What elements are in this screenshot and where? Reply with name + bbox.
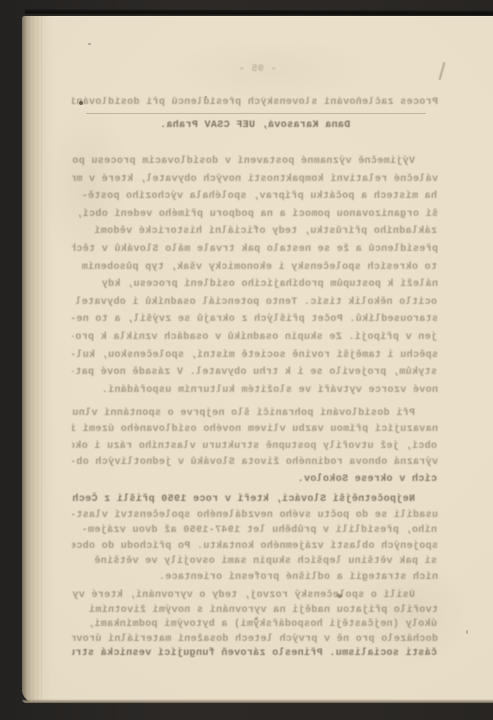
- ink-speck: [88, 43, 91, 45]
- text-line: výrazná obnova rodinného života Slováků …: [72, 455, 438, 471]
- text-line: spojených oblastí vzájemného kontaktu. P…: [72, 539, 438, 555]
- text-line: Výjimečně významné postavení v dosídlova…: [72, 153, 437, 171]
- text-line: usadili se do počtu svého nevzdáleného s…: [72, 508, 438, 524]
- page-bottom-edge: [22, 699, 493, 703]
- scanned-page: - 95 - Proces začleňování slovenských př…: [22, 16, 493, 703]
- author-line: Dana Karasová, ÚEF ČSAV Praha.: [72, 120, 438, 131]
- text-line: ha místech a počátku příprav, spoléhala …: [72, 188, 437, 206]
- text-line: jen v přípojí. Ze skupin osadníků v osad…: [72, 329, 437, 347]
- text-line: úkoly (nejčastěji hospodářskými) a bytov…: [72, 618, 437, 633]
- text-line: obcí, jež utvořily postupně strukturu vl…: [72, 439, 437, 455]
- text-line: ních strategií a odlišné profesní orient…: [72, 570, 438, 586]
- text-line: to okresích společensky i ekonomicky vša…: [72, 259, 437, 277]
- paragraph: Výjimečně významné postavení v dosídlova…: [72, 153, 438, 399]
- ink-speck: [79, 101, 83, 105]
- text-line: stykům, projevilo se i k trhu obyvatel. …: [72, 364, 437, 382]
- text-line: docházelo pro ně v prvých letech dosažen…: [72, 633, 438, 648]
- text-line: ního, přesídlili v průběhu let 1947-1950…: [72, 523, 437, 539]
- ink-speck: [337, 594, 342, 598]
- text-line: válečné relativní kompaktnosti nových ob…: [72, 171, 438, 189]
- ink-speck: [466, 630, 468, 634]
- text-line: navazující přímou vazbu vlivem nového os…: [72, 422, 438, 438]
- ink-speck: [205, 96, 207, 98]
- text-line: si pak většinu lepších skupin sami osvoj…: [72, 554, 437, 570]
- text-line: části socialismu. Přineslo zároveň fungu…: [72, 647, 437, 662]
- text-line: Při dosídlování pohraničí šlo nejprve o …: [72, 406, 437, 422]
- text-line: starousedlíků. Počet přišlých z okrajů s…: [72, 311, 438, 329]
- page-stack-edge: [22, 16, 54, 703]
- text-line: Úsilí o společenský rozvoj, tedy o vyrov…: [72, 589, 437, 604]
- text-line: přesídlenců a že se nestalo pak trvale m…: [72, 241, 438, 259]
- paragraph: Nejpočetnější Slováci, kteří v roce 1950…: [72, 492, 438, 586]
- title-underline: [86, 113, 426, 114]
- text-line: Nejpočetnější Slováci, kteří v roce 1950…: [72, 492, 437, 508]
- text-line: náleží k postupům probíhajícího osídlení…: [72, 276, 438, 294]
- ink-speck: [255, 617, 258, 620]
- text-line: nové vzorce vytváří ve složitém kulturní…: [72, 382, 438, 400]
- text-line: ší organizovanou pomocí a na podporu pří…: [72, 206, 438, 224]
- text-line: cích v okrese Sokolov.: [72, 472, 437, 488]
- text-line: tvořilo přijatou naději na vyrovnání s n…: [72, 604, 438, 619]
- text-line: spěchu i tamější rovině societě místní, …: [72, 347, 438, 365]
- text-line: ocitlo několik tisíc. Tento potenciál os…: [72, 294, 437, 312]
- paragraph: Při dosídlování pohraničí šlo nejprve o …: [72, 406, 438, 488]
- page-number: - 95 -: [22, 64, 493, 75]
- paragraph: Úsilí o společenský rozvoj, tedy o vyrov…: [72, 589, 438, 662]
- text-line: základního přírůstku, tedy oficiální his…: [72, 223, 437, 241]
- title-line: Proces začleňování slovenských přesídlen…: [72, 97, 438, 108]
